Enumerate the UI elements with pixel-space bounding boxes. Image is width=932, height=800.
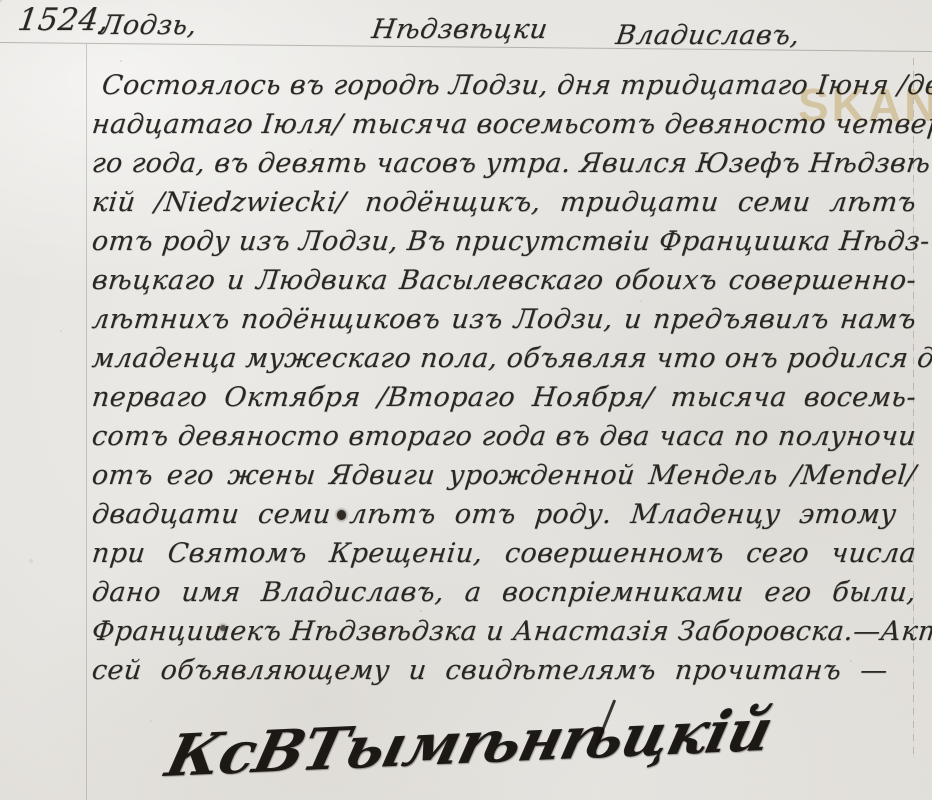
child-surname-header: Нѣдзвѣцки [370, 14, 550, 45]
handwritten-line: Состоялось въ городѣ Лодзи, дня тридцата… [90, 66, 918, 105]
handwritten-line: кій /Niedzwiecki/ подёнщикъ, тридцати се… [90, 183, 918, 222]
handwritten-line: сотъ девяносто втораго года въ два часа … [90, 417, 918, 456]
handwritten-line: двадцати семи лѣтъ отъ роду. Младенцу эт… [90, 495, 918, 534]
handwritten-line: младенца мужескаго пола, объявляя что он… [90, 339, 918, 378]
ink-blot [337, 510, 346, 520]
child-given-name-header: Владиславъ, [614, 20, 802, 51]
priest-signature: КсВТымѣнѣцкій [160, 696, 779, 790]
margin-rule-vertical-left [86, 44, 87, 800]
record-number: 1524, [15, 2, 111, 38]
handwritten-line: при Святомъ Крещеніи, совершенномъ сего … [90, 534, 918, 573]
handwritten-line: го года, въ девять часовъ утра. Явился Ю… [90, 144, 918, 183]
handwritten-line: лѣтнихъ подёнщиковъ изъ Лодзи, и предъяв… [90, 300, 918, 339]
handwritten-line: дано имя Владиславъ, а воспріемниками ег… [90, 573, 918, 612]
handwritten-line: перваго Октября /Втораго Ноября/ тысяча … [90, 378, 918, 417]
paper-grain [0, 0, 2, 2]
scanned-record-page: SKANO 1524, Лодзь, Нѣдзвѣцки Владиславъ,… [0, 0, 932, 800]
handwritten-line: отъ роду изъ Лодзи, Въ присутствіи Франц… [90, 222, 918, 261]
ink-blot [220, 625, 226, 631]
handwritten-line: вѣцкаго и Людвика Васылевскаго обоихъ со… [90, 261, 918, 300]
handwritten-line: отъ его жены Ядвиги урожденной Мендель /… [90, 456, 918, 495]
handwritten-line: Францишекъ Нѣдзвѣдзка и Анастазія Заборо… [90, 612, 918, 651]
handwritten-line: надцатаго Іюля/ тысяча восемьсотъ девяно… [90, 105, 918, 144]
place-name-header: Лодзь, [98, 10, 199, 41]
record-body-text: Состоялось въ городѣ Лодзи, дня тридцата… [90, 66, 914, 690]
handwritten-line: сей объявляющему и свидѣтелямъ прочитанъ… [90, 651, 918, 690]
